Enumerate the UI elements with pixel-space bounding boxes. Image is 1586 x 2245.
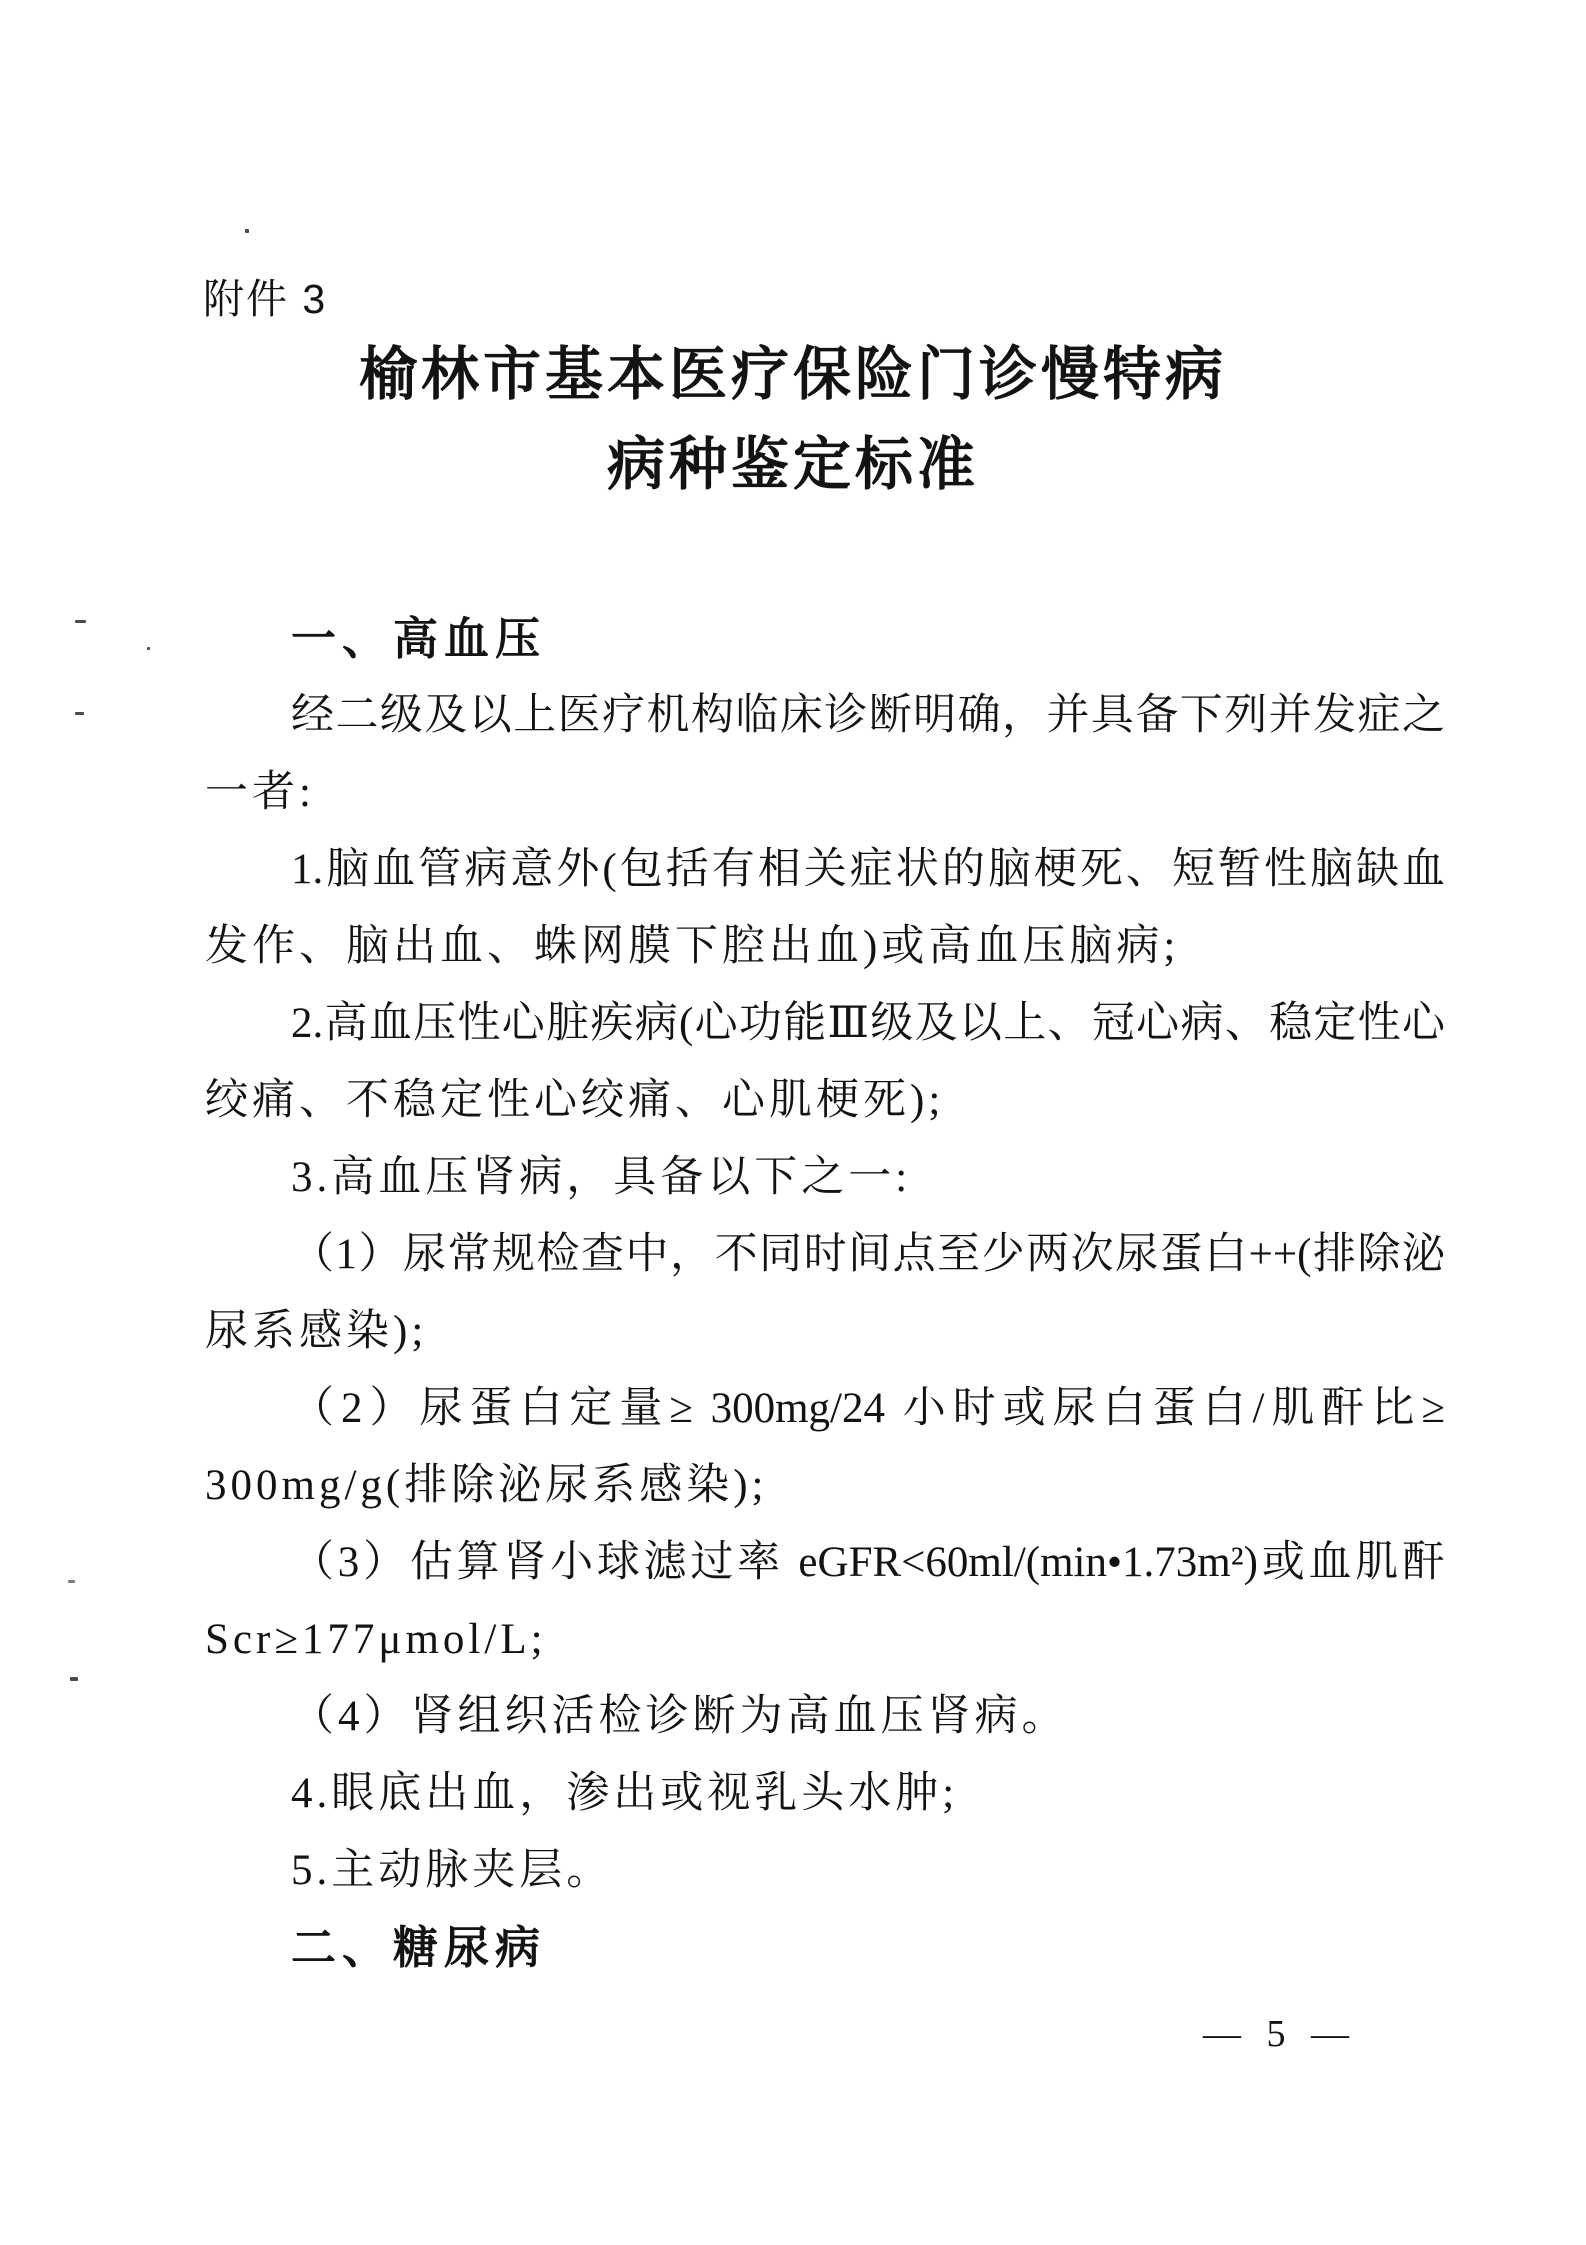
title-line-2: 病种鉴定标准 [0,420,1586,510]
body-line: 绞痛、不稳定性心绞痛、心肌梗死); [205,1062,1445,1139]
document-body: 一、高血压经二级及以上医疗机构临床诊断明确，并具备下列并发症之一者:1.脑血管病… [205,600,1445,1986]
body-line: 一者: [205,754,1445,831]
body-line: 经二级及以上医疗机构临床诊断明确，并具备下列并发症之 [205,677,1445,754]
body-line: （2）尿蛋白定量≥ 300mg/24 小时或尿白蛋白/肌酐比≥ [205,1370,1445,1447]
section-heading: 二、糖尿病 [205,1909,1445,1986]
page-number: — 5 — [1203,2012,1351,2056]
attachment-label: 附件 3 [203,266,327,325]
body-line: 发作、脑出血、蛛网膜下腔出血)或高血压脑病; [205,908,1445,985]
section-heading: 一、高血压 [205,600,1445,677]
body-line: （3）估算肾小球滤过率 eGFR<60ml/(min•1.73m²)或血肌酐 [205,1524,1445,1601]
body-line: （4）肾组织活检诊断为高血压肾病。 [205,1678,1445,1755]
body-line: Scr≥177μmol/L; [205,1601,1445,1678]
scan-speck [70,1677,78,1681]
scan-speck [245,229,249,233]
body-line: 1.脑血管病意外(包括有相关症状的脑梗死、短暂性脑缺血 [205,831,1445,908]
document-title: 榆林市基本医疗保险门诊慢特病 病种鉴定标准 [0,330,1586,510]
title-line-1: 榆林市基本医疗保险门诊慢特病 [0,330,1586,420]
body-line: 3.高血压肾病，具备以下之一: [205,1139,1445,1216]
scan-speck [147,647,150,650]
body-line: 尿系感染); [205,1293,1445,1370]
body-line: 300mg/g(排除泌尿系感染); [205,1447,1445,1524]
body-line: 4.眼底出血，渗出或视乳头水肿; [205,1755,1445,1832]
document-page: 附件 3 榆林市基本医疗保险门诊慢特病 病种鉴定标准 一、高血压经二级及以上医疗… [0,0,1586,2245]
scan-speck [75,712,84,715]
body-line: 2.高血压性心脏疾病(心功能Ⅲ级及以上、冠心病、稳定性心 [205,985,1445,1062]
scan-speck [68,1580,75,1583]
body-line: 5.主动脉夹层。 [205,1832,1445,1909]
body-line: （1）尿常规检查中，不同时间点至少两次尿蛋白++(排除泌 [205,1216,1445,1293]
scan-speck [75,620,86,623]
